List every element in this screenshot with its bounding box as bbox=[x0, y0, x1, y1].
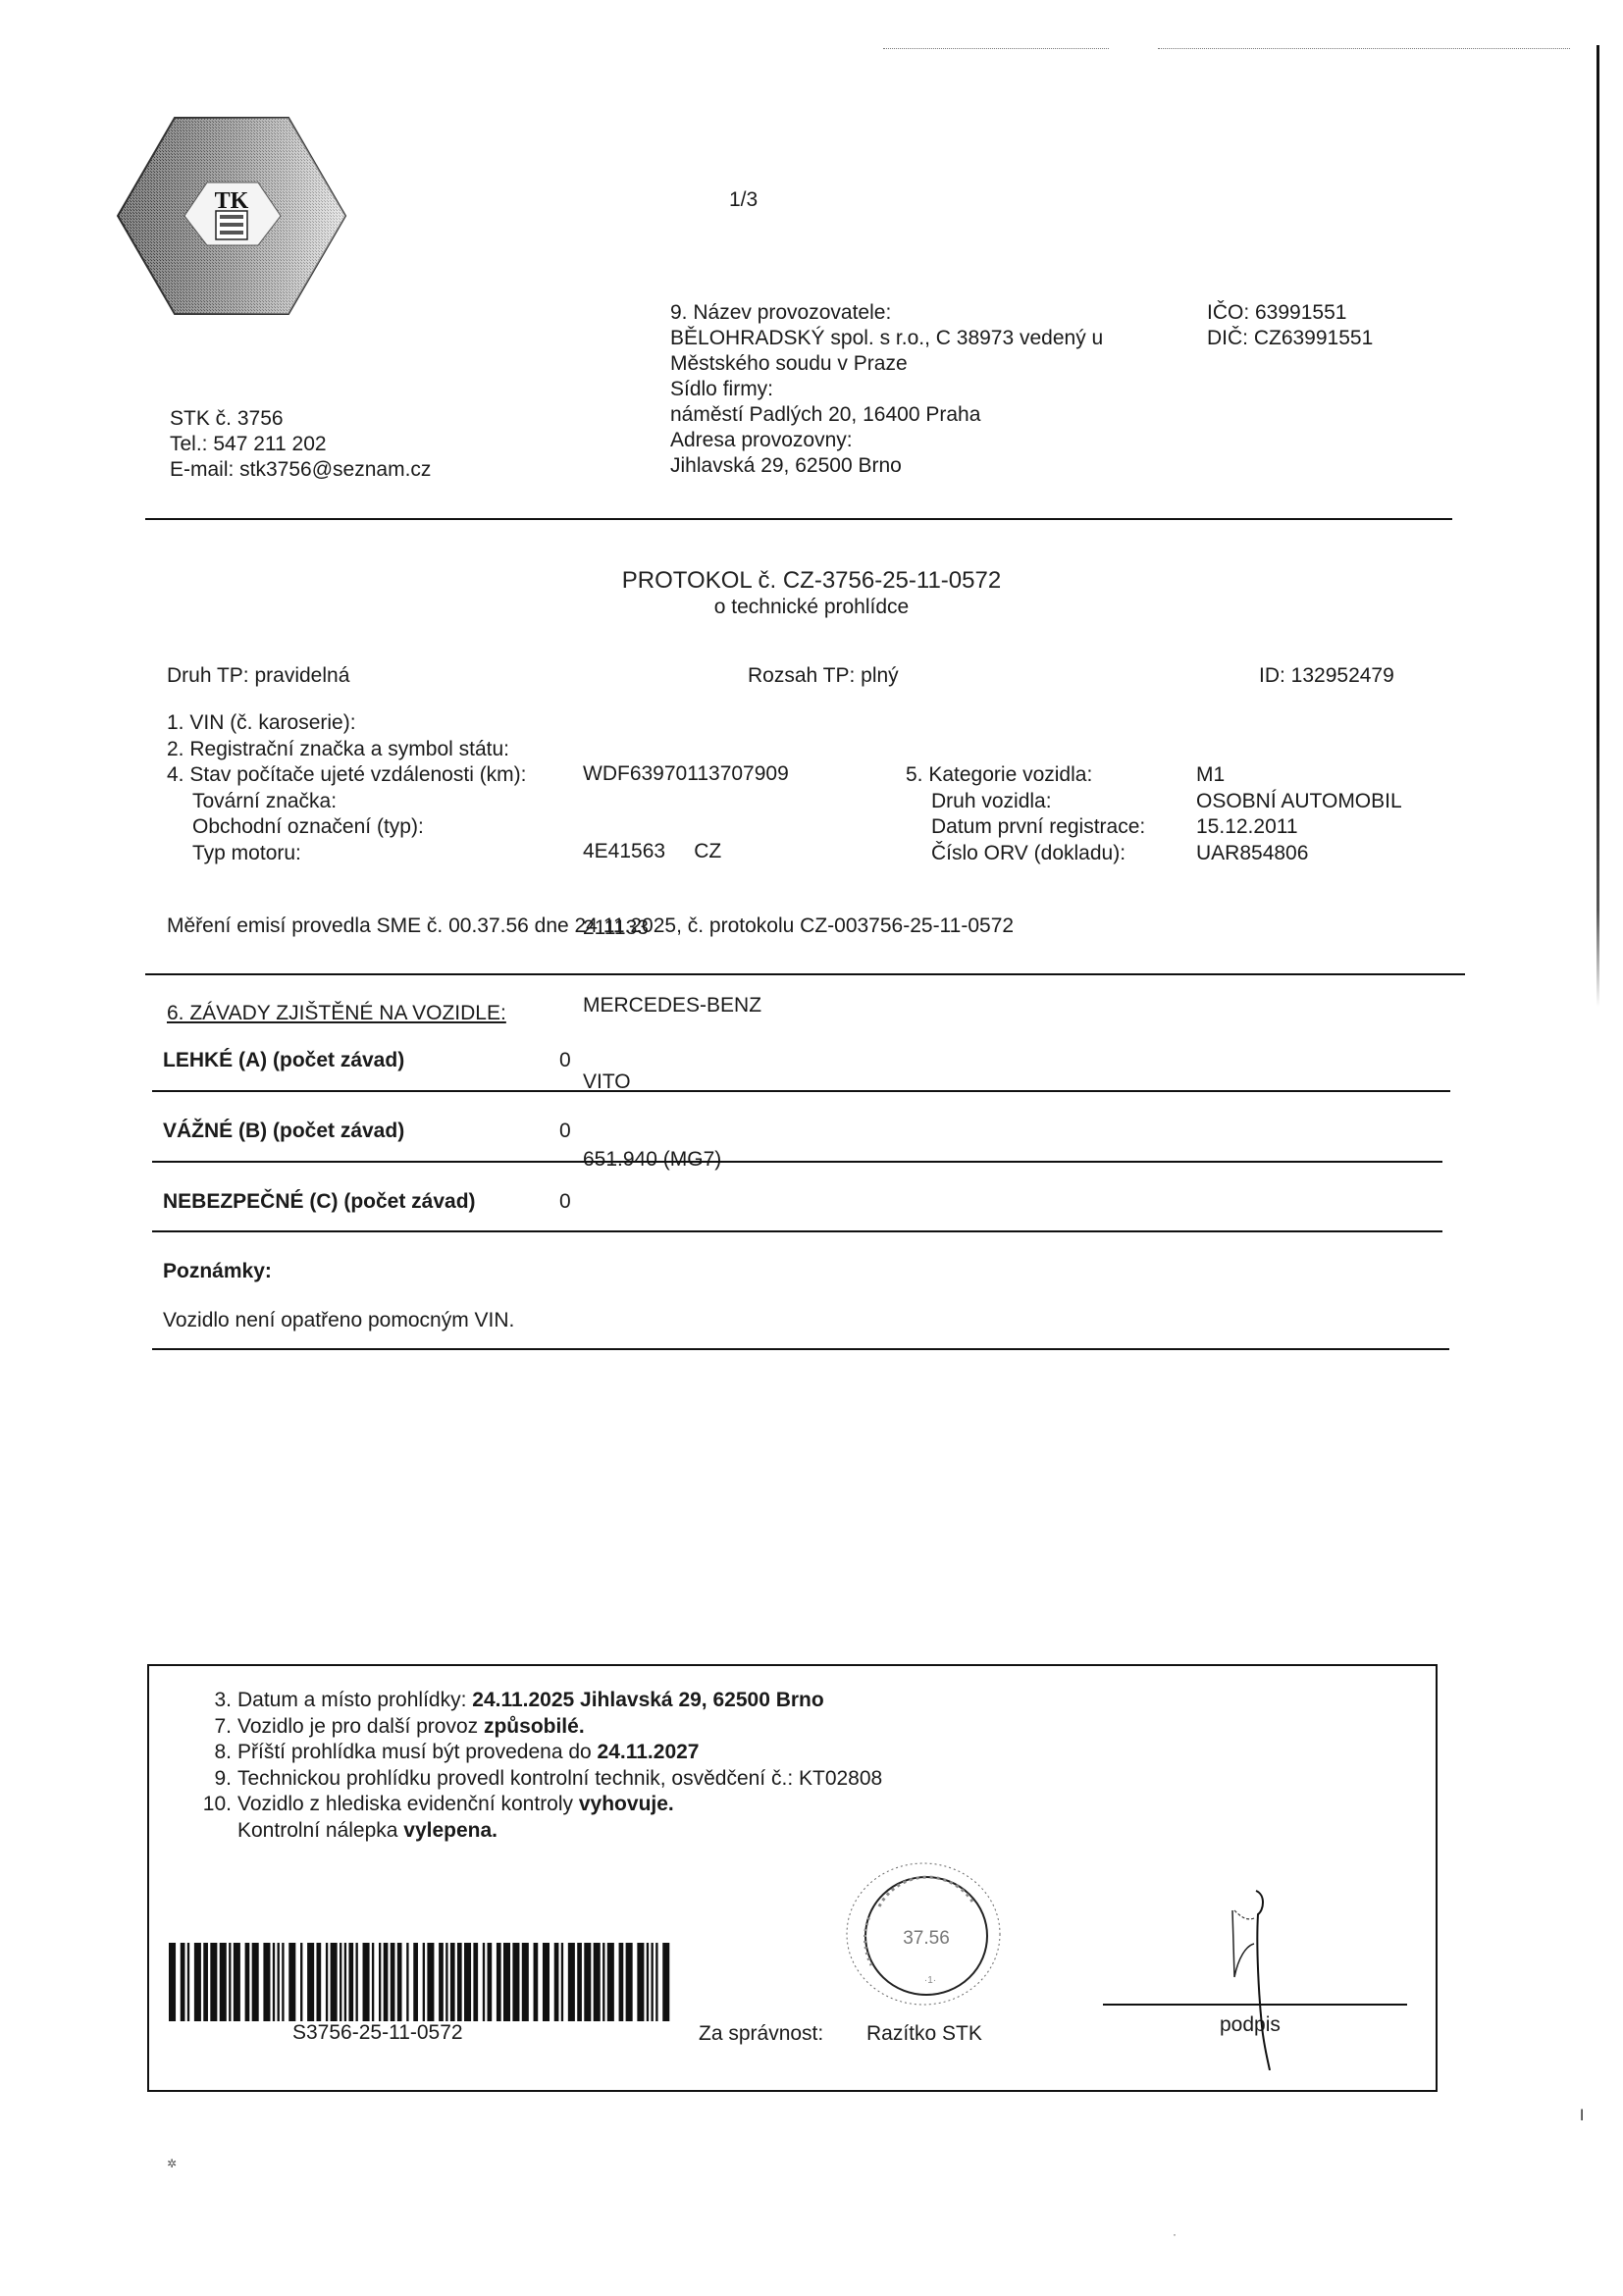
operator-line: Městského soudu v Praze bbox=[670, 351, 1103, 377]
operator-line: Sídlo firmy: bbox=[670, 377, 1103, 402]
defect-major-label: VÁŽNÉ (B) (počet závad) bbox=[163, 1120, 404, 1143]
inspection-id: ID: 132952479 bbox=[1259, 663, 1394, 689]
emissions-note: Měření emisí provedla SME č. 00.37.56 dn… bbox=[167, 913, 1014, 939]
vehicle-values-right: M1 OSOBNÍ AUTOMOBIL 15.12.2011 UAR854806 bbox=[1196, 762, 1402, 866]
page-number: 1/3 bbox=[729, 188, 758, 212]
item-number: 8. bbox=[202, 1740, 232, 1765]
defect-divider bbox=[152, 1090, 1450, 1092]
stk-hexagon-logo-icon: TK bbox=[116, 116, 347, 316]
defect-divider bbox=[152, 1230, 1442, 1232]
defect-major-count: 0 bbox=[559, 1120, 571, 1143]
za-spravnost-label: Za správnost: bbox=[699, 2021, 823, 2047]
section-separator bbox=[145, 973, 1465, 975]
defects-heading: 6. ZÁVADY ZJIŠTĚNÉ NA VOZIDLE: bbox=[167, 1001, 506, 1026]
protocol-title: PROTOKOL č. CZ-3756-25-11-0572 bbox=[0, 567, 1623, 595]
item-text: Vozidlo z hlediska evidenční kontroly bbox=[237, 1793, 579, 1815]
engine-label: Typ motoru: bbox=[167, 841, 527, 867]
vehicle-values: WDF63970113707909 4E41563 CZ 211133 MERC… bbox=[583, 710, 789, 1198]
engine-value: 651.940 (MG7) bbox=[583, 1147, 789, 1174]
vehicle-kind-value: OSOBNÍ AUTOMOBIL bbox=[1196, 789, 1402, 815]
model-label: Obchodní označení (typ): bbox=[167, 814, 527, 841]
operator-line: BĚLOHRADSKÝ spol. s r.o., C 38973 vedený… bbox=[670, 326, 1103, 351]
first-registration-label: Datum první registrace: bbox=[906, 814, 1145, 841]
item-bold: způsobilé. bbox=[484, 1715, 585, 1738]
item-bold: vyhovuje. bbox=[579, 1793, 674, 1815]
odometer-label: 4. Stav počítače ujeté vzdálenosti (km): bbox=[167, 762, 527, 789]
operator-line: 9. Název provozovatele: bbox=[670, 300, 1103, 326]
station-email[interactable]: E-mail: stk3756@seznam.cz bbox=[170, 457, 431, 483]
make-label: Tovární značka: bbox=[167, 789, 527, 815]
dic: DIČ: CZ63991551 bbox=[1207, 326, 1373, 351]
vehicle-labels: 1. VIN (č. karoserie): 2. Registrační zn… bbox=[167, 710, 527, 866]
summary-item: 8.Příští prohlídka musí být provedena do… bbox=[202, 1740, 882, 1766]
station-info: STK č. 3756 Tel.: 547 211 202 E-mail: st… bbox=[170, 406, 431, 483]
item-text: Příští prohlídka musí být provedena do bbox=[237, 1741, 598, 1763]
barcode-icon bbox=[169, 1943, 674, 2021]
protocol-subtitle: o technické prohlídce bbox=[0, 596, 1623, 619]
station-phone: Tel.: 547 211 202 bbox=[170, 432, 431, 457]
svg-text:·1·: ·1· bbox=[924, 1975, 936, 1986]
summary-item: 7.Vozidlo je pro další provoz způsobilé. bbox=[202, 1714, 882, 1741]
scan-artifact bbox=[1158, 48, 1570, 50]
ico: IČO: 63991551 bbox=[1207, 300, 1373, 326]
vehicle-kind-label: Druh vozidla: bbox=[906, 789, 1145, 815]
operator-info: 9. Název provozovatele: BĚLOHRADSKÝ spol… bbox=[670, 300, 1103, 479]
official-stamp-icon: 37.56 ·1· bbox=[840, 1857, 1007, 2014]
scan-artifact bbox=[883, 48, 1109, 50]
summary-item: 9.Technickou prohlídku provedl kontrolní… bbox=[202, 1766, 882, 1793]
item-number: 10. bbox=[202, 1792, 232, 1817]
item-text: Technickou prohlídku provedl kontrolní t… bbox=[237, 1767, 882, 1790]
barcode-text: S3756-25-11-0572 bbox=[292, 2021, 463, 2045]
summary-item: 3.Datum a místo prohlídky: 24.11.2025 Ji… bbox=[202, 1688, 882, 1714]
item-number: 9. bbox=[202, 1766, 232, 1792]
orv-label: Číslo ORV (dokladu): bbox=[906, 841, 1145, 867]
vehicle-labels-right: 5. Kategorie vozidla: Druh vozidla: Datu… bbox=[906, 762, 1145, 866]
defect-light-count: 0 bbox=[559, 1049, 571, 1072]
handwritten-signature-icon bbox=[1227, 1889, 1295, 2070]
header-separator bbox=[145, 518, 1452, 520]
orv-value: UAR854806 bbox=[1196, 841, 1402, 867]
category-label: 5. Kategorie vozidla: bbox=[906, 762, 1145, 789]
category-value: M1 bbox=[1196, 762, 1402, 789]
notes-divider bbox=[152, 1348, 1449, 1350]
svg-text:TK: TK bbox=[215, 188, 249, 214]
item-number: 3. bbox=[202, 1688, 232, 1713]
scan-speck: ✲ bbox=[167, 2157, 177, 2170]
notes-heading: Poznámky: bbox=[163, 1259, 272, 1284]
registration-label: 2. Registrační značka a symbol státu: bbox=[167, 737, 527, 763]
item-text: Vozidlo je pro další provoz bbox=[237, 1715, 484, 1738]
scan-speck: ǀ bbox=[1580, 2108, 1584, 2125]
inspection-type: Druh TP: pravidelná bbox=[167, 663, 349, 689]
item-number: 7. bbox=[202, 1714, 232, 1740]
defect-dangerous-count: 0 bbox=[559, 1190, 571, 1214]
registration-value: 4E41563 CZ bbox=[583, 839, 789, 865]
operator-line: Adresa provozovny: bbox=[670, 428, 1103, 453]
item-bold: 24.11.2025 Jihlavská 29, 62500 Brno bbox=[472, 1689, 823, 1711]
notes-text: Vozidlo není opatřeno pomocným VIN. bbox=[163, 1308, 514, 1333]
first-registration-value: 15.12.2011 bbox=[1196, 814, 1402, 841]
item-bold: vylepena. bbox=[403, 1819, 497, 1842]
stamp-label: Razítko STK bbox=[866, 2021, 982, 2047]
defect-divider bbox=[152, 1161, 1442, 1163]
defect-light-label: LEHKÉ (A) (počet závad) bbox=[163, 1049, 404, 1072]
item-text: Datum a místo prohlídky: bbox=[237, 1689, 472, 1711]
make-value: MERCEDES-BENZ bbox=[583, 993, 789, 1019]
vin-label: 1. VIN (č. karoserie): bbox=[167, 710, 527, 737]
inspection-scope: Rozsah TP: plný bbox=[748, 663, 899, 689]
svg-text:37.56: 37.56 bbox=[903, 1928, 950, 1949]
company-ids: IČO: 63991551 DIČ: CZ63991551 bbox=[1207, 300, 1373, 351]
scan-edge-line bbox=[1597, 45, 1599, 1007]
summary-list: 3.Datum a místo prohlídky: 24.11.2025 Ji… bbox=[202, 1688, 882, 1844]
vin-value: WDF63970113707909 bbox=[583, 761, 789, 788]
station-number: STK č. 3756 bbox=[170, 406, 431, 432]
summary-item: 10.Vozidlo z hlediska evidenční kontroly… bbox=[202, 1792, 882, 1818]
operator-line: Jihlavská 29, 62500 Brno bbox=[670, 453, 1103, 479]
operator-line: náměstí Padlých 20, 16400 Praha bbox=[670, 402, 1103, 428]
item-bold: 24.11.2027 bbox=[598, 1741, 700, 1763]
summary-item: Kontrolní nálepka vylepena. bbox=[202, 1818, 882, 1845]
defect-dangerous-label: NEBEZPEČNÉ (C) (počet závad) bbox=[163, 1190, 476, 1214]
item-text: Kontrolní nálepka bbox=[237, 1819, 403, 1842]
scan-speck: · bbox=[1173, 2227, 1177, 2241]
